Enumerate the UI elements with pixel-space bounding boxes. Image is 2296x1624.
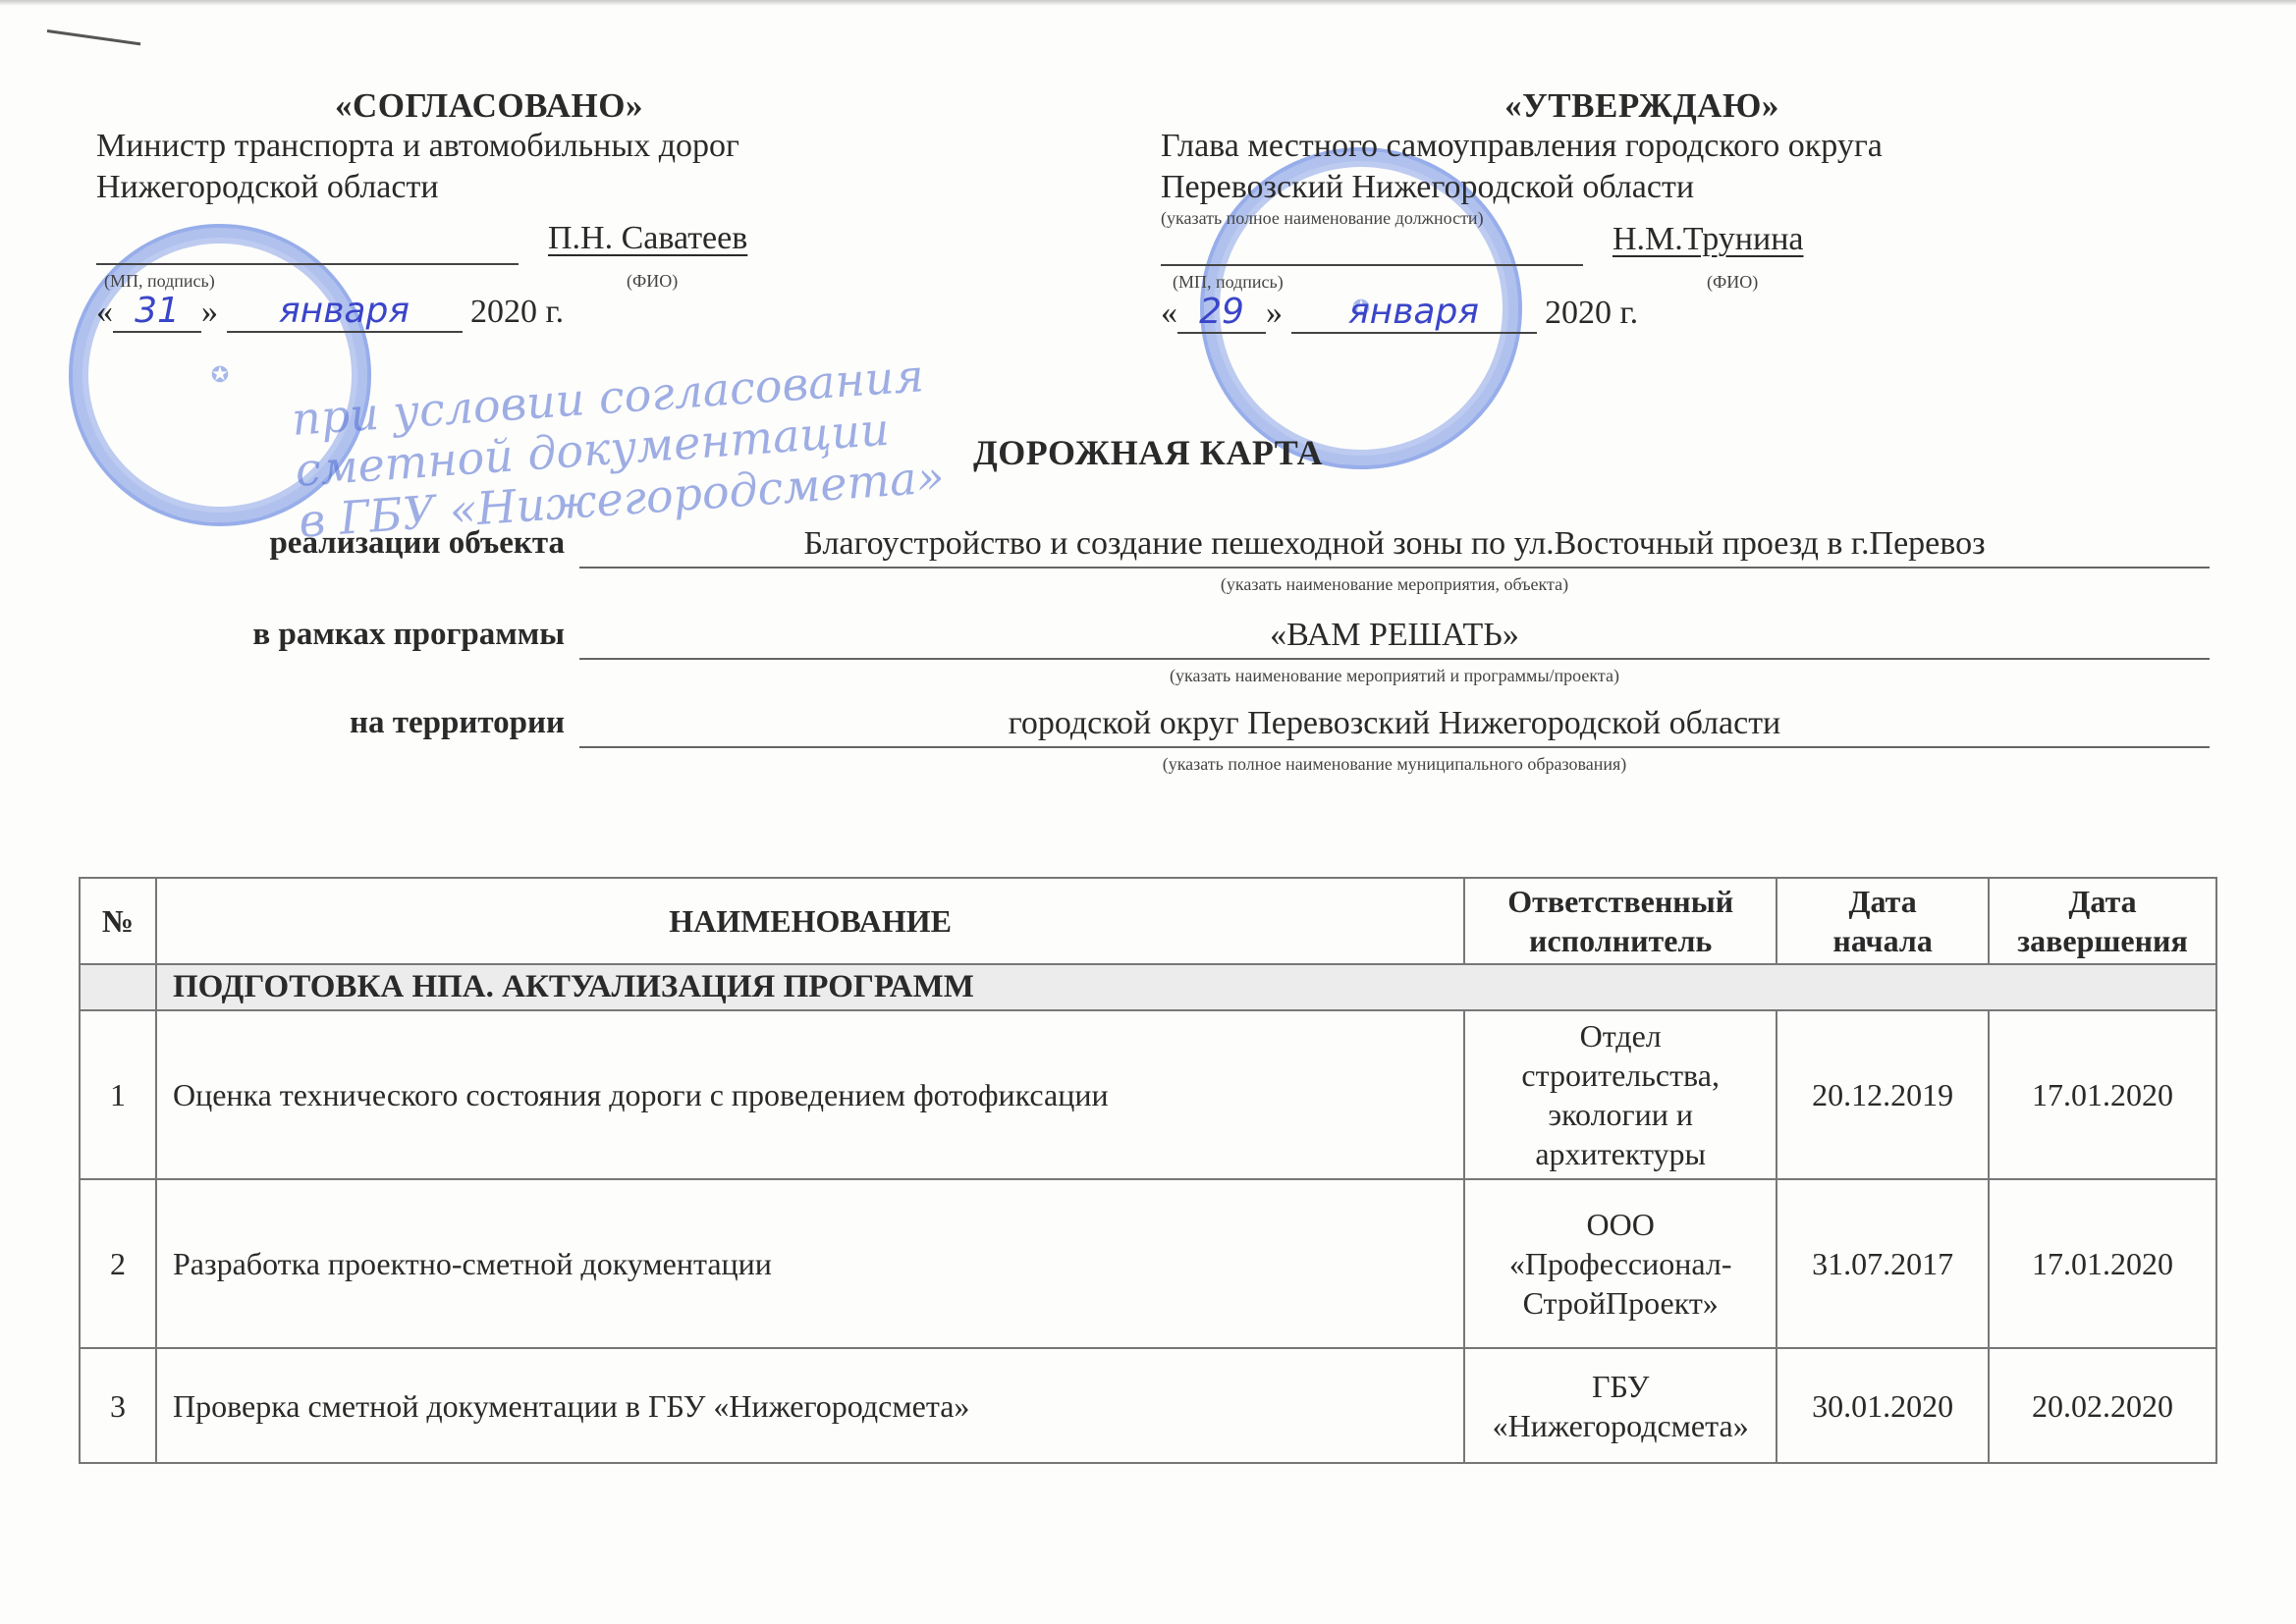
field-hint: (указать наименование мероприятия, объек… bbox=[579, 574, 2210, 595]
field-label: реализации объекта bbox=[269, 525, 565, 562]
field-object: реализации объекта Благоустройство и соз… bbox=[147, 525, 2210, 594]
fio-hint: (ФИО) bbox=[627, 271, 678, 292]
row-name: Разработка проектно-сметной документации bbox=[156, 1179, 1464, 1348]
signature-hint: (МП, подпись) bbox=[104, 271, 215, 292]
signature-hint: (МП, подпись) bbox=[1173, 272, 1284, 293]
approved-date: «29» января 2020 г. bbox=[1161, 292, 1638, 334]
approved-year: 2020 г. bbox=[1545, 295, 1638, 331]
row-responsible: Отдел строительства, экологии и архитект… bbox=[1464, 1010, 1777, 1179]
table-row: 2 Разработка проектно-сметной документац… bbox=[80, 1179, 2216, 1348]
agreed-fio: П.Н. Саватеев bbox=[548, 220, 747, 257]
approval-approved-block: «УТВЕРЖДАЮ» Глава местного самоуправлени… bbox=[1161, 86, 2045, 376]
fio-hint: (ФИО) bbox=[1707, 272, 1758, 293]
row-name: Проверка сметной документации в ГБУ «Ниж… bbox=[156, 1348, 1464, 1463]
table-header-row: № НАИМЕНОВАНИЕ Ответственныйисполнитель … bbox=[80, 878, 2216, 964]
scan-edge-shadow bbox=[0, 0, 2296, 6]
table-section-row: ПОДГОТОВКА НПА. АКТУАЛИЗАЦИЯ ПРОГРАММ bbox=[80, 964, 2216, 1010]
row-start-date: 31.07.2017 bbox=[1777, 1179, 1989, 1348]
row-responsible: ООО «Профессионал- СтройПроект» bbox=[1464, 1179, 1777, 1348]
table-row: 3 Проверка сметной документации в ГБУ «Н… bbox=[80, 1348, 2216, 1463]
row-num: 1 bbox=[80, 1010, 156, 1179]
row-responsible: ГБУ «Нижегородсмета» bbox=[1464, 1348, 1777, 1463]
table-row: 1 Оценка технического состояния дороги с… bbox=[80, 1010, 2216, 1179]
approved-month: января bbox=[1291, 292, 1537, 334]
field-hint: (указать наименование мероприятий и прог… bbox=[579, 666, 2210, 686]
agreed-date: «31» января 2020 г. bbox=[96, 291, 564, 333]
row-end-date: 17.01.2020 bbox=[1989, 1010, 2216, 1179]
approved-heading: «УТВЕРЖДАЮ» bbox=[1161, 86, 2045, 126]
field-label: в рамках программы bbox=[252, 617, 565, 653]
approval-agreed-block: «СОГЛАСОВАНО» Министр транспорта и автом… bbox=[96, 86, 882, 375]
position-hint: (указать полное наименование должности) bbox=[1161, 208, 2045, 229]
approved-position-line1: Глава местного самоуправления городского… bbox=[1161, 126, 2045, 167]
row-start-date: 30.01.2020 bbox=[1777, 1348, 1989, 1463]
field-program: в рамках программы «ВАМ РЕШАТЬ» (указать… bbox=[147, 617, 2210, 685]
agreed-year: 2020 г. bbox=[470, 294, 564, 330]
section-title: ПОДГОТОВКА НПА. АКТУАЛИЗАЦИЯ ПРОГРАММ bbox=[156, 964, 2216, 1010]
signature-line bbox=[1161, 264, 1583, 266]
approved-position-line2: Перевозский Нижегородской области bbox=[1161, 167, 2045, 208]
agreed-month: января bbox=[227, 291, 463, 333]
field-value: городской округ Перевозский Нижегородско… bbox=[579, 705, 2210, 748]
roadmap-table: № НАИМЕНОВАНИЕ Ответственныйисполнитель … bbox=[79, 877, 2217, 1464]
field-territory: на территории городской округ Перевозски… bbox=[147, 705, 2210, 774]
row-end-date: 20.02.2020 bbox=[1989, 1348, 2216, 1463]
row-num: 3 bbox=[80, 1348, 156, 1463]
approved-fio: Н.М.Трунина bbox=[1613, 221, 1804, 258]
row-name: Оценка технического состояния дороги с п… bbox=[156, 1010, 1464, 1179]
row-num: 2 bbox=[80, 1179, 156, 1348]
header-responsible: Ответственныйисполнитель bbox=[1464, 878, 1777, 964]
row-end-date: 17.01.2020 bbox=[1989, 1179, 2216, 1348]
agreed-heading: «СОГЛАСОВАНО» bbox=[96, 86, 882, 126]
header-end-date: Датазавершения bbox=[1989, 878, 2216, 964]
signature-line bbox=[96, 263, 519, 265]
header-num: № bbox=[80, 878, 156, 964]
approved-day: 29 bbox=[1177, 292, 1266, 334]
field-value: «ВАМ РЕШАТЬ» bbox=[579, 617, 2210, 660]
header-name: НАИМЕНОВАНИЕ bbox=[156, 878, 1464, 964]
document-title: ДОРОЖНАЯ КАРТА bbox=[0, 432, 2296, 473]
field-value: Благоустройство и создание пешеходной зо… bbox=[579, 525, 2210, 568]
agreed-position-line1: Министр транспорта и автомобильных дорог bbox=[96, 126, 882, 167]
field-label: на территории bbox=[350, 705, 565, 741]
field-hint: (указать полное наименование муниципальн… bbox=[579, 754, 2210, 775]
row-start-date: 20.12.2019 bbox=[1777, 1010, 1989, 1179]
pen-mark bbox=[47, 29, 140, 45]
agreed-position-line2: Нижегородской области bbox=[96, 167, 882, 208]
agreed-day: 31 bbox=[113, 291, 201, 333]
header-start-date: Датаначала bbox=[1777, 878, 1989, 964]
